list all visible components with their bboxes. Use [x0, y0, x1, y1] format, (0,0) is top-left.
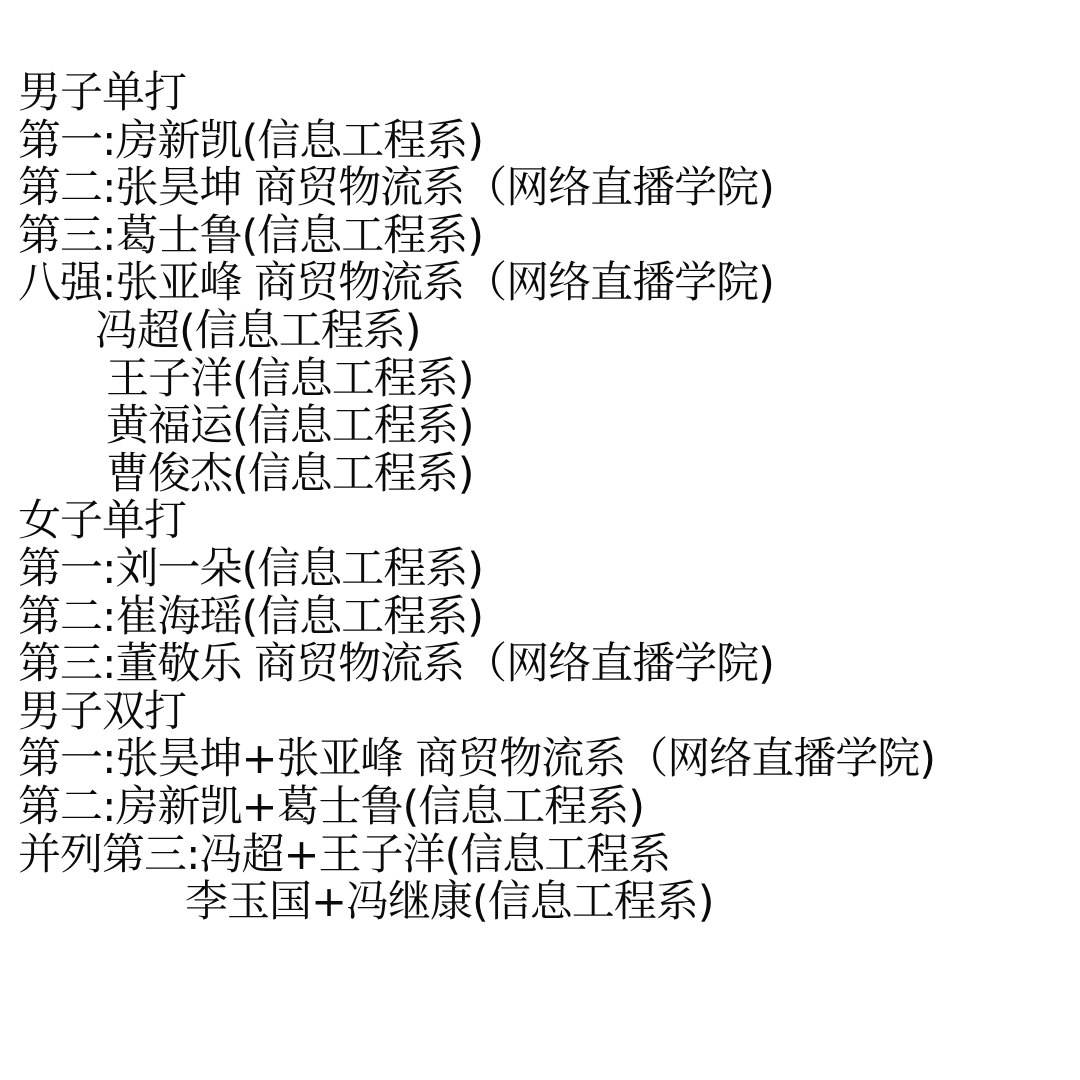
result-line: 第一:房新凯(信息工程系): [0, 118, 1080, 166]
result-line: 李玉国+冯继康(信息工程系): [0, 879, 1080, 927]
result-text: 刘一朵(信息工程系): [116, 544, 484, 594]
result-text: 王子洋(信息工程系): [106, 354, 474, 404]
result-line: 第一:张昊坤+张亚峰 商贸物流系（网络直播学院): [0, 736, 1080, 784]
section-title-mens-singles: 男子单打: [0, 70, 1080, 118]
result-text: 房新凯(信息工程系): [116, 116, 484, 166]
result-line: 第三:葛士鲁(信息工程系): [0, 213, 1080, 261]
result-text: 董敬乐 商贸物流系（网络直播学院): [116, 639, 774, 689]
rank-label: 第二:: [18, 163, 116, 213]
result-text: 张昊坤+张亚峰 商贸物流系（网络直播学院): [116, 734, 935, 784]
rank-label: 八强:: [18, 258, 116, 308]
result-text: 黄福运(信息工程系): [106, 401, 474, 451]
result-line: 第二:张昊坤 商贸物流系（网络直播学院): [0, 165, 1080, 213]
rank-label: 第三:: [18, 639, 116, 689]
result-text: 房新凯+葛士鲁(信息工程系): [116, 782, 645, 832]
result-line: 八强:张亚峰 商贸物流系（网络直播学院): [0, 260, 1080, 308]
result-text: 李玉国+冯继康(信息工程系): [185, 877, 714, 927]
result-text: 曹俊杰(信息工程系): [106, 449, 474, 499]
result-text: 张昊坤 商贸物流系（网络直播学院): [116, 163, 774, 213]
result-line: 第三:董敬乐 商贸物流系（网络直播学院): [0, 641, 1080, 689]
result-text: 葛士鲁(信息工程系): [116, 211, 484, 261]
result-line: 第二:崔海瑶(信息工程系): [0, 594, 1080, 642]
result-text: 张亚峰 商贸物流系（网络直播学院): [116, 258, 774, 308]
result-line: 第二:房新凯+葛士鲁(信息工程系): [0, 784, 1080, 832]
result-text: 冯超(信息工程系): [95, 306, 421, 356]
result-line: 并列第三:冯超+王子洋(信息工程系: [0, 832, 1080, 880]
result-line: 王子洋(信息工程系): [0, 356, 1080, 404]
rank-label: 并列第三:: [18, 830, 200, 880]
result-text: 冯超+王子洋(信息工程系: [200, 830, 671, 880]
rank-label: 第二:: [18, 782, 116, 832]
results-document: 男子单打 第一:房新凯(信息工程系) 第二:张昊坤 商贸物流系（网络直播学院) …: [0, 70, 1080, 927]
result-line: 黄福运(信息工程系): [0, 403, 1080, 451]
rank-label: 第一:: [18, 734, 116, 784]
rank-label: 第一:: [18, 544, 116, 594]
section-title-womens-singles: 女子单打: [0, 498, 1080, 546]
result-line: 第一:刘一朵(信息工程系): [0, 546, 1080, 594]
result-line: 冯超(信息工程系): [0, 308, 1080, 356]
result-text: 崔海瑶(信息工程系): [116, 592, 484, 642]
section-title-mens-doubles: 男子双打: [0, 689, 1080, 737]
rank-label: 第二:: [18, 592, 116, 642]
result-line: 曹俊杰(信息工程系): [0, 451, 1080, 499]
rank-label: 第三:: [18, 211, 116, 261]
rank-label: 第一:: [18, 116, 116, 166]
